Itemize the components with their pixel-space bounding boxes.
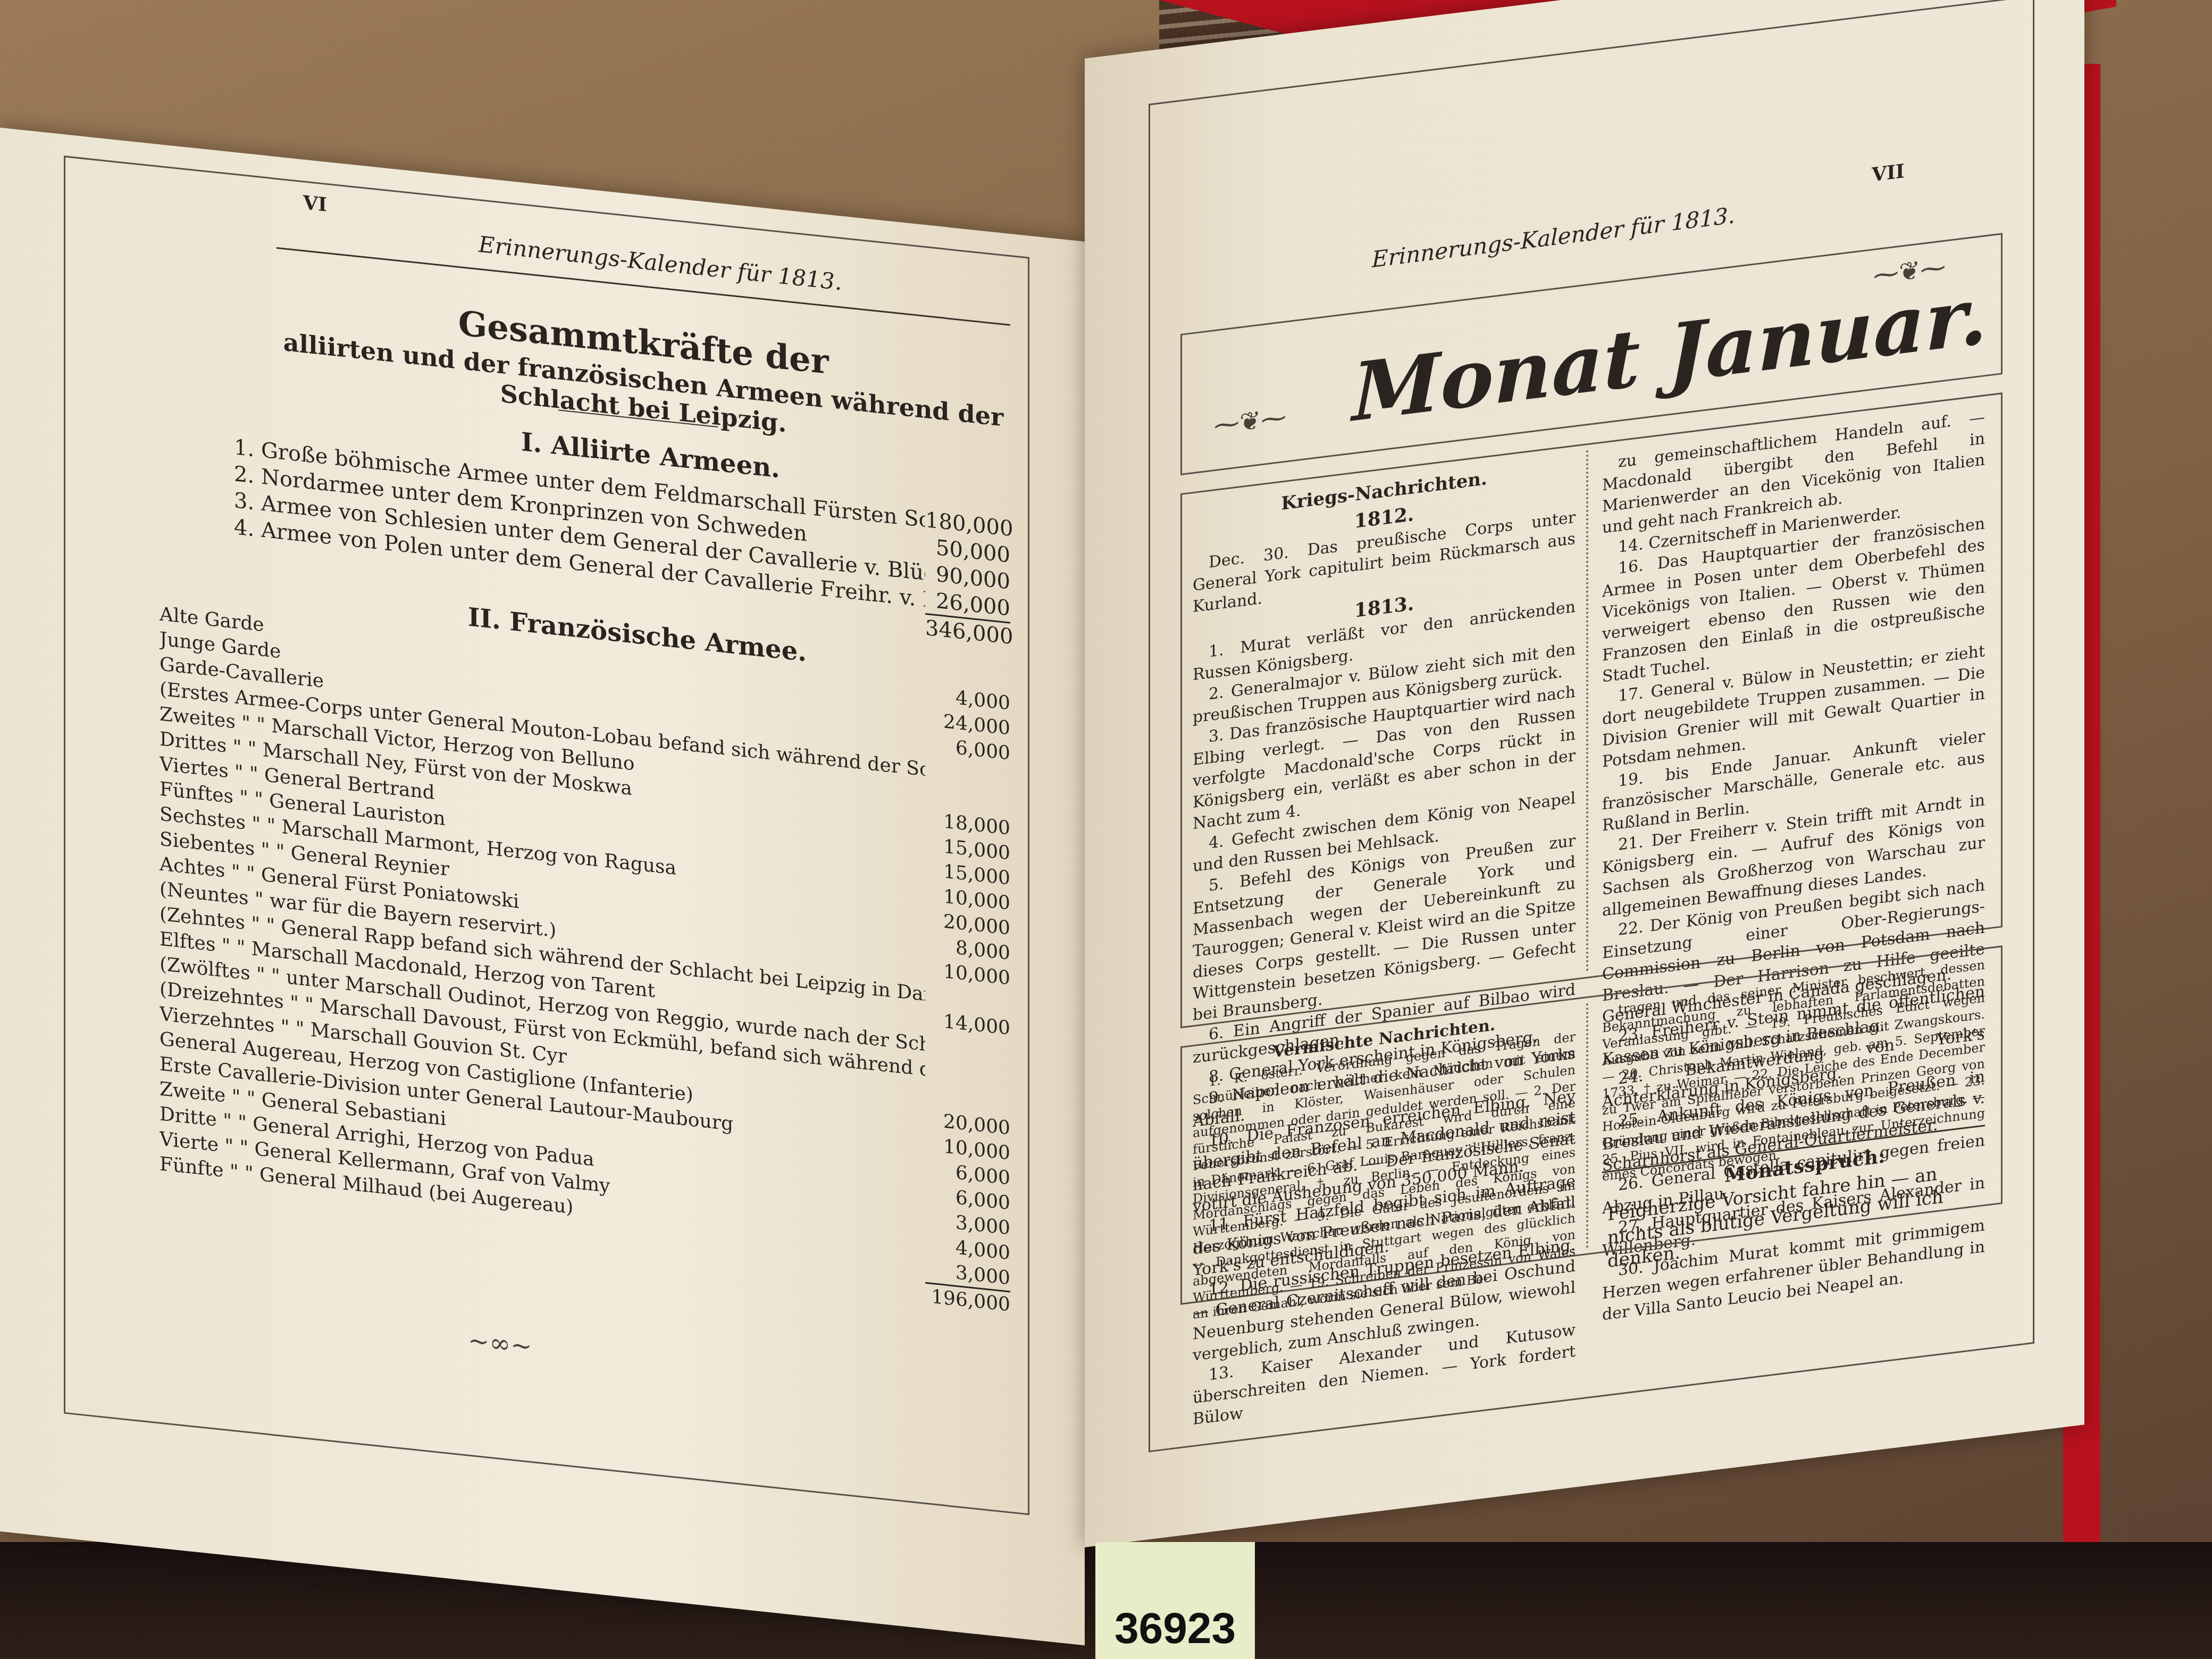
flourish-left-icon: ⁓❦⁓ (1214, 402, 1286, 441)
misc-news-text: tragen und das seiner Minister beschwert… (1602, 957, 1985, 1185)
column-divider (1586, 1002, 1599, 1248)
right-page-content: ⁓❦⁓ Monat Januar. ⁓❦⁓ Kriegs-Nachrichten… (1149, 202, 1999, 1316)
inventory-number: 36923 (1115, 1604, 1236, 1659)
french-army-table: Alte Garde4,000 Junge Garde24,000 Garde-… (160, 602, 1010, 1318)
page-number: VI (303, 191, 327, 216)
misc-news-column-2: tragen und das seiner Minister beschwert… (1602, 957, 1985, 1185)
inventory-label: 36923 (1095, 1542, 1255, 1659)
misc-news-text: 1. K. österr. Verordnung gegen das Trage… (1193, 1029, 1576, 1323)
column-divider (1586, 449, 1599, 971)
misc-news-column-1: Vermischte Nachrichten. 1. K. österr. Ve… (1193, 1007, 1576, 1323)
page-number: VII (1872, 160, 1905, 187)
right-page: VII Erinnerungs-Kalender für 1813. ⁓❦⁓ M… (1085, 0, 2084, 1547)
left-page: VI Erinnerungs-Kalender für 1813. Gesamm… (0, 128, 1085, 1645)
war-news-box: Kriegs-Nachrichten. 1812. Dec. 30. Das p… (1180, 392, 2002, 1028)
